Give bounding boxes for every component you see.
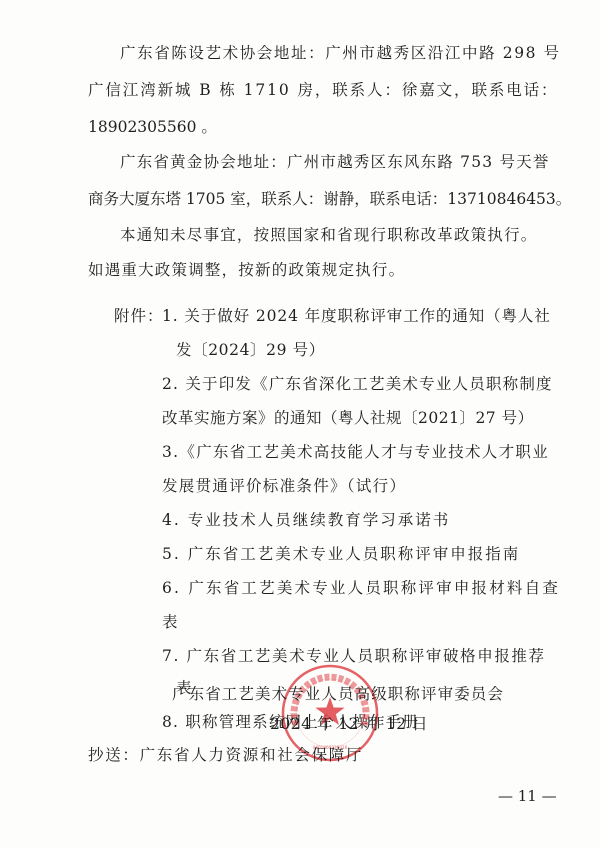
paragraph-3-line-2: 如遇重大政策调整，按新的政策规定执行。	[88, 260, 405, 280]
attachment-2-line-2: 改革实施方案》的通知（粤人社规〔2021〕27 号）	[162, 408, 534, 428]
paragraph-1-line-1: 广东省陈设艺术协会地址：广州市越秀区沿江中路 298 号	[120, 43, 561, 63]
attachment-4: 4. 专业技术人员继续教育学习承诺书	[162, 510, 450, 530]
attachment-2-line-1: 2. 关于印发《广东省深化工艺美术专业人员职称制度	[162, 374, 553, 394]
paragraph-1-line-3: 18902305560 。	[88, 117, 217, 137]
cc-line: 抄送：广东省人力资源和社会保障厅	[88, 745, 363, 765]
page-number: — 11 —	[498, 787, 557, 805]
attachment-5: 5. 广东省工艺美术专业人员职称评审申报指南	[162, 544, 520, 564]
paragraph-2-line-1: 广东省黄金协会地址：广州市越秀区东风东路 753 号天誉	[120, 152, 550, 172]
signature-date: 2024 年 12 月 12 日	[270, 714, 428, 734]
attachment-6-line-1: 6. 广东省工艺美术专业人员职称评审申报材料自查	[162, 578, 560, 598]
signature-organization: 广东省工艺美术专业人员高级职称评审委员会	[172, 684, 504, 704]
attachment-3-line-2: 发展贯通评价标准条件》（试行）	[162, 476, 406, 496]
attachment-3-line-1: 3.《广东省工艺美术高技能人才与专业技术人才职业	[162, 442, 549, 462]
paragraph-1-line-2: 广信江湾新城 B 栋 1710 房，联系人：徐嘉文，联系电话：	[88, 80, 558, 100]
attachment-6-line-2: 表	[162, 612, 179, 632]
attachment-1-line-1: 1. 关于做好 2024 年度职称评审工作的通知（粤人社	[162, 306, 551, 326]
paragraph-2-line-2: 商务大厦东塔 1705 室，联系人：谢静，联系电话：13710846453。	[88, 189, 571, 209]
attachment-1-line-2: 发〔2024〕29 号）	[176, 340, 325, 360]
paragraph-3-line-1: 本通知未尽事宜，按照国家和省现行职称改革政策执行。	[120, 225, 538, 245]
attachments-label: 附件：	[114, 306, 164, 326]
